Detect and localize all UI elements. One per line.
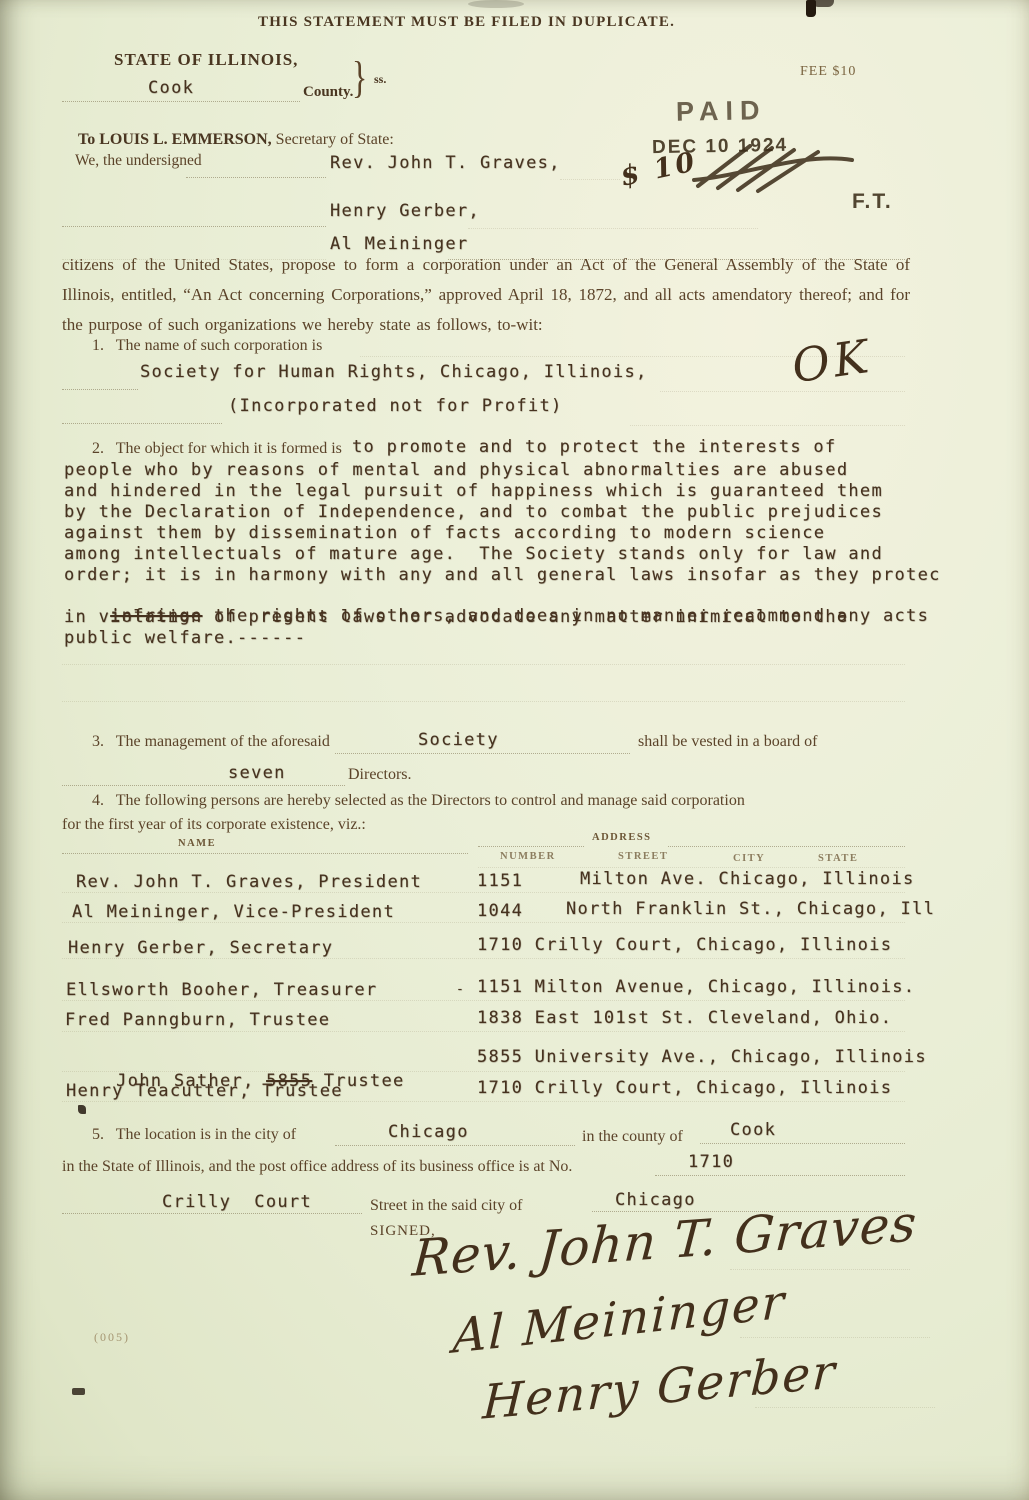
section4-line2: for the first year of its corporate exis… xyxy=(62,816,366,834)
object-line: people who by reasons of mental and phys… xyxy=(64,460,848,480)
director-address: 1151 Milton Avenue, Chicago, Illinois. xyxy=(477,977,915,997)
table-subheader-state: STATE xyxy=(818,853,858,864)
county-label: County. xyxy=(303,84,353,101)
director-name: Henry Gerber, Secretary xyxy=(68,938,333,958)
director-name: Rev. John T. Graves, President xyxy=(76,872,422,892)
dotted-line xyxy=(62,422,222,424)
directors-label: Directors. xyxy=(348,766,412,784)
dotted-line xyxy=(630,424,905,426)
signature-meininger: Al Meininger xyxy=(452,1274,787,1365)
section1-label: 1. The name of such corporation is xyxy=(92,337,322,355)
ss-label: ss. xyxy=(374,72,386,87)
address-tick: - xyxy=(456,982,465,997)
dotted-line xyxy=(668,845,905,847)
county-brace: } xyxy=(352,52,367,103)
city-value: Chicago xyxy=(388,1122,469,1142)
section5-county-label: in the county of xyxy=(582,1128,683,1146)
ok-annotation: OK xyxy=(789,329,876,394)
document-page: THIS STATEMENT MUST BE FILED IN DUPLICAT… xyxy=(0,0,1029,1500)
dotted-line xyxy=(186,176,326,178)
fee-flourish xyxy=(692,134,860,194)
dotted-line xyxy=(62,852,468,854)
section2-label: 2. The object for which it is formed is xyxy=(92,440,342,458)
form-code: (005) xyxy=(94,1330,130,1345)
dotted-line xyxy=(62,700,905,702)
dotted-line xyxy=(660,390,905,392)
duplicate-notice: THIS STATEMENT MUST BE FILED IN DUPLICAT… xyxy=(258,14,675,31)
director-name: Fred Panngburn, Trustee xyxy=(65,1010,330,1030)
object-line: by the Declaration of Independence, and … xyxy=(64,502,883,522)
director-address: 1710 Crilly Court, Chicago, Illinois xyxy=(477,935,892,955)
director-name: Ellsworth Booher, Treasurer xyxy=(66,980,377,1000)
director-address: 1710 Crilly Court, Chicago, Illinois xyxy=(477,1078,892,1098)
county-value: Cook xyxy=(148,78,194,98)
dotted-line xyxy=(62,225,326,227)
ink-mark xyxy=(814,0,834,7)
dotted-line xyxy=(478,845,584,847)
signature-gerber: Henry Gerber xyxy=(481,1344,838,1430)
dotted-line xyxy=(62,1070,905,1072)
section3-label: 3. The management of the aforesaid xyxy=(92,733,330,751)
object-typed-intro: to promote and to protect the interests … xyxy=(352,437,836,457)
undersigned-label: We, the undersigned xyxy=(75,152,202,170)
city-value-2: Chicago xyxy=(615,1190,696,1210)
dotted-line xyxy=(755,1406,935,1408)
dotted-line xyxy=(62,100,300,102)
addressee-title: Secretary of State: xyxy=(272,131,394,148)
object-line: in violation of present laws nor advocat… xyxy=(64,607,848,627)
dotted-line xyxy=(62,891,905,893)
director-name: Al Meininger, Vice-President xyxy=(72,902,395,922)
table-header-address: ADDRESS xyxy=(592,832,652,843)
dotted-line xyxy=(468,227,758,229)
object-line: among intellectuals of mature age. The S… xyxy=(64,544,883,564)
table-header-name: NAME xyxy=(178,838,216,849)
section4-line1: 4. The following persons are hereby sele… xyxy=(92,792,745,810)
object-line: and hindered in the legal pursuit of hap… xyxy=(64,481,883,501)
county-value-2: Cook xyxy=(730,1120,776,1140)
dotted-line xyxy=(335,752,630,754)
section5-label: 5. The location is in the city of xyxy=(92,1126,296,1144)
director-number: 1044 xyxy=(477,901,523,921)
dotted-line xyxy=(62,1100,905,1102)
dotted-line xyxy=(62,999,905,1001)
table-subheader-number: NUMBER xyxy=(500,851,556,862)
director-address: 5855 University Ave., Chicago, Illinois xyxy=(477,1047,927,1067)
dotted-line xyxy=(62,957,905,959)
dotted-line xyxy=(655,1174,905,1176)
table-subheader-city: CITY xyxy=(733,853,765,864)
fee-label: FEE $10 xyxy=(800,64,856,80)
state-label: STATE OF ILLINOIS, xyxy=(114,50,298,70)
dotted-line xyxy=(62,663,905,665)
paid-stamp: PAID xyxy=(676,95,767,128)
ink-smudge xyxy=(468,0,524,8)
ink-mark xyxy=(78,1105,86,1114)
signer-name-1: Rev. John T. Graves, xyxy=(330,153,561,173)
fee-scrawl: $ 10 xyxy=(618,146,701,192)
signer-name-2: Henry Gerber, xyxy=(330,201,480,221)
dotted-line xyxy=(62,784,345,786)
dotted-line xyxy=(700,1142,905,1144)
corporation-subtitle: (Incorporated not for Profit) xyxy=(228,396,563,416)
dotted-line xyxy=(62,388,138,390)
director-address: Milton Ave. Chicago, Illinois xyxy=(580,869,915,889)
ft-stamp: F.T. xyxy=(852,190,893,214)
section5-street-label: Street in the said city of xyxy=(370,1197,522,1215)
ink-mark xyxy=(72,1388,85,1395)
entity-value: Society xyxy=(418,730,499,750)
dotted-line xyxy=(62,1212,362,1214)
section3-label-2: shall be vested in a board of xyxy=(638,733,818,751)
director-address: 1838 East 101st St. Cleveland, Ohio. xyxy=(477,1008,892,1028)
directors-count: seven xyxy=(228,763,286,783)
dotted-line xyxy=(740,1336,930,1338)
section5-address-label: in the State of Illinois, and the post o… xyxy=(62,1158,572,1176)
intro-paragraph: citizens of the United States, propose t… xyxy=(62,250,910,340)
corporation-name: Society for Human Rights, Chicago, Illin… xyxy=(140,362,648,382)
dotted-line xyxy=(62,921,905,923)
table-subheader-street: STREET xyxy=(618,851,668,862)
addressee-name: To LOUIS L. EMMERSON, xyxy=(78,131,272,148)
object-line: order; it is in harmony with any and all… xyxy=(64,565,941,585)
dotted-line xyxy=(730,1268,910,1270)
dotted-line xyxy=(560,178,620,180)
dotted-line xyxy=(62,1030,905,1032)
object-line: public welfare.------ xyxy=(64,628,306,648)
street-number-value: 1710 xyxy=(688,1152,734,1172)
director-name: Henry Teacutter, Trustee xyxy=(66,1081,343,1101)
street-value: Crilly Court xyxy=(162,1192,312,1212)
object-line: against them by dissemination of facts a… xyxy=(64,523,825,543)
dotted-line xyxy=(335,1144,575,1146)
director-number: 1151 xyxy=(477,871,523,891)
director-address: North Franklin St., Chicago, Ill xyxy=(566,899,935,919)
dotted-line xyxy=(478,866,905,868)
